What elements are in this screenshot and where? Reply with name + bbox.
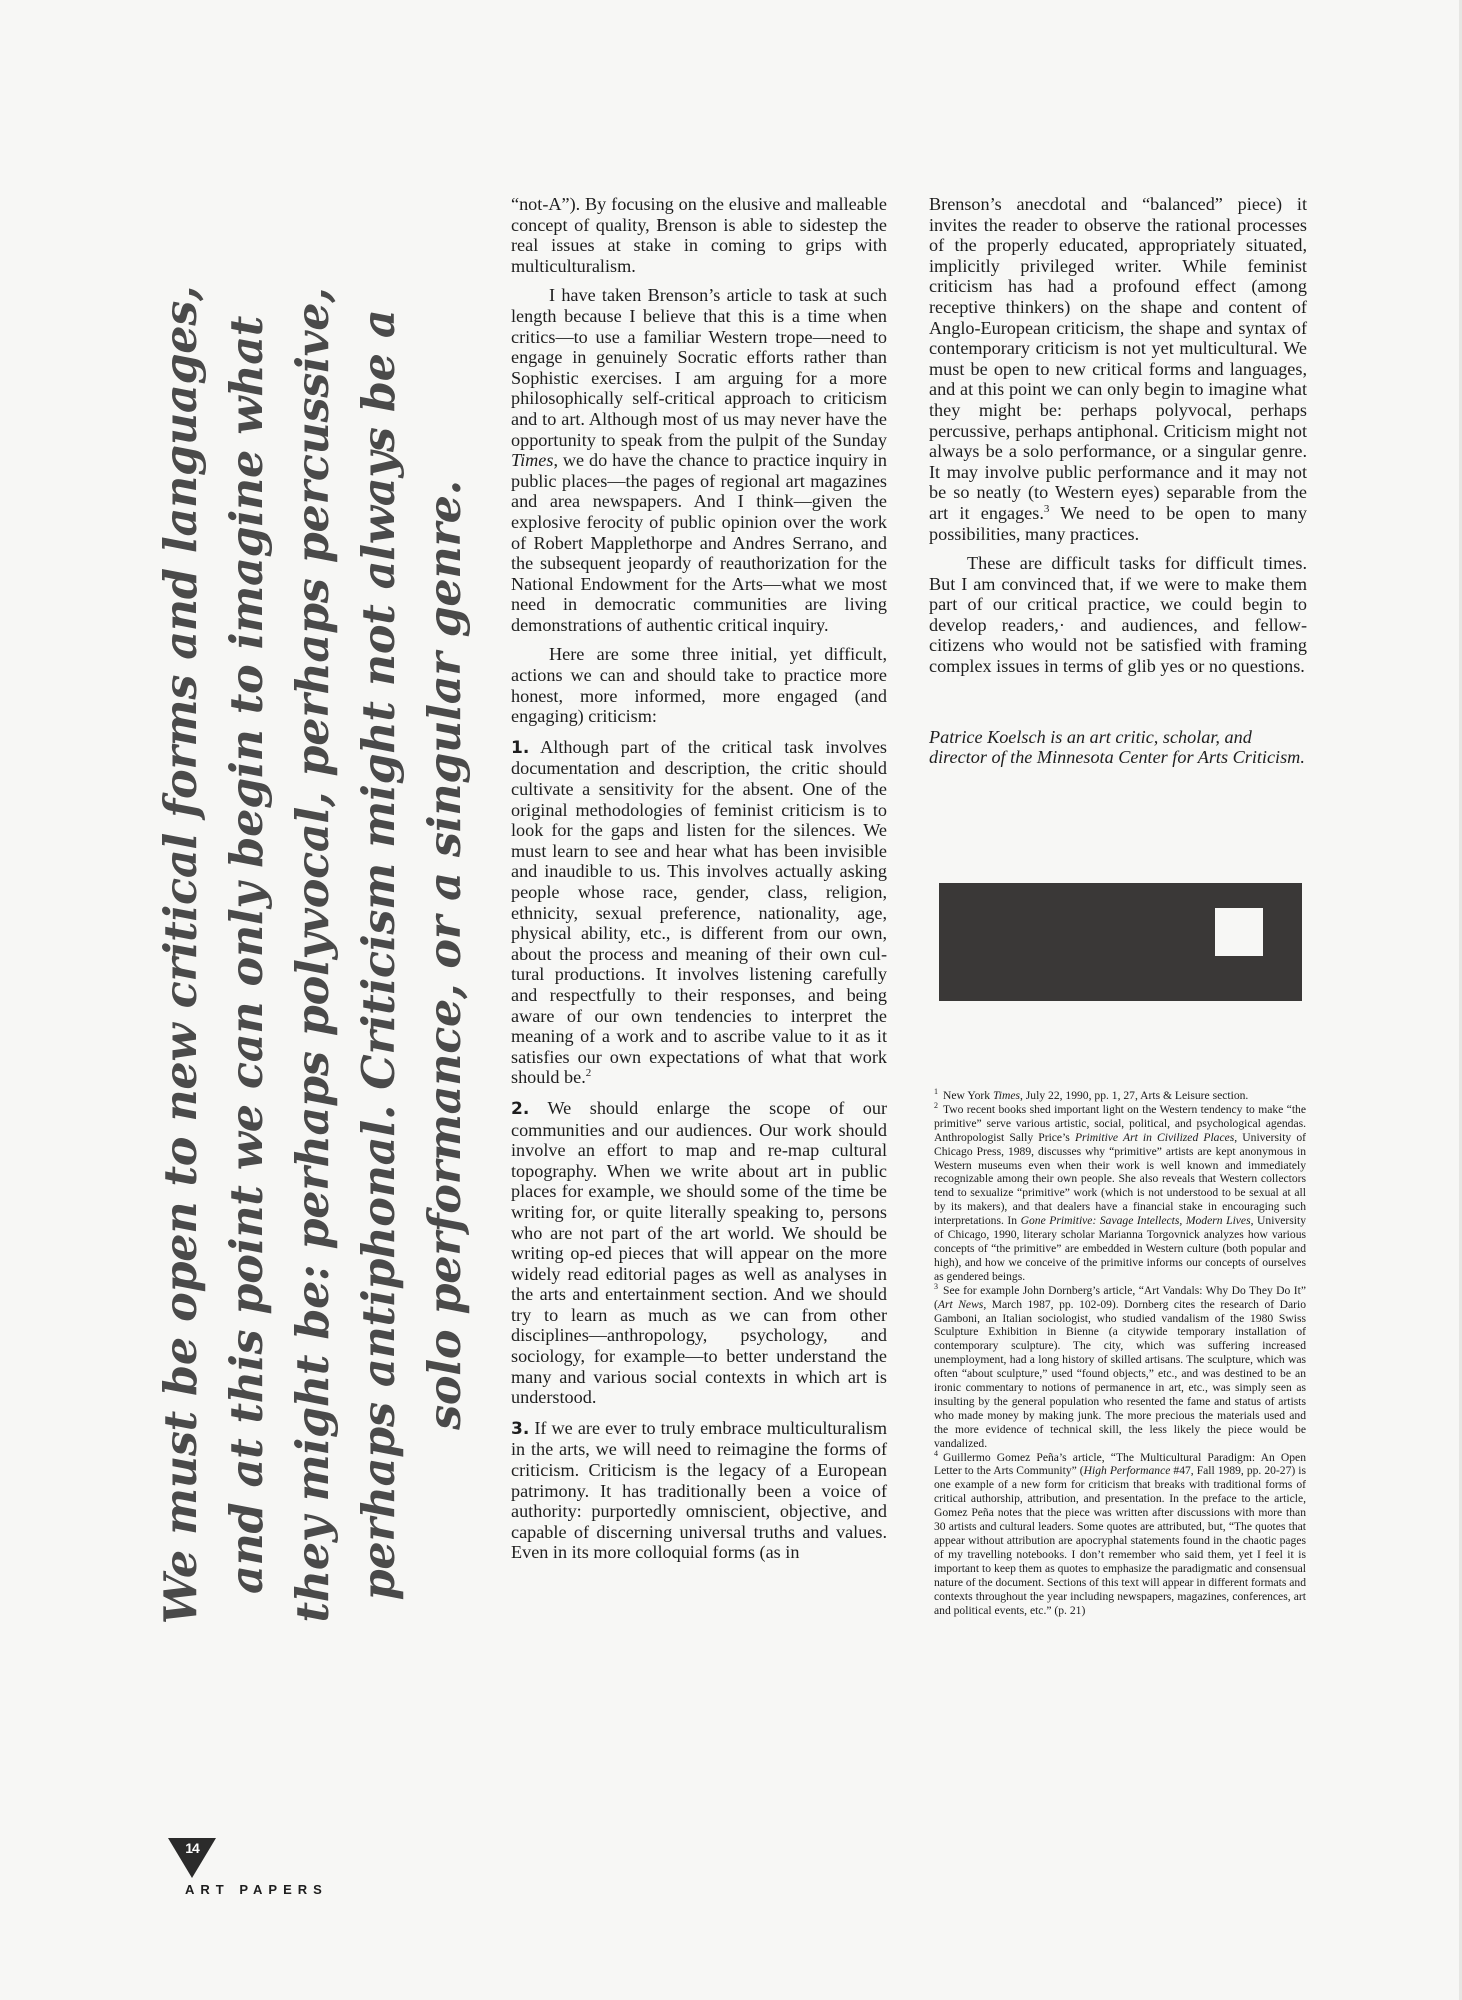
point-number: 2. bbox=[511, 1099, 529, 1119]
pull-quote-line: solo performance, or a singular genre. bbox=[412, 185, 478, 1725]
text-run: , March 1987, pp. 102-09). Dornberg cite… bbox=[934, 1298, 1306, 1450]
paragraph: “not-A”). By focusing on the elusive and… bbox=[511, 194, 887, 276]
text-run: New York bbox=[943, 1089, 993, 1102]
footnote-number: 4 bbox=[934, 1449, 938, 1458]
footnote-2: 2Two recent books shed important light o… bbox=[934, 1103, 1306, 1284]
article-column-middle: “not-A”). By focusing on the elusive and… bbox=[511, 194, 887, 1563]
text-run: We should enlarge the scope of our commu… bbox=[511, 1098, 887, 1407]
publication-name: ART PAPERS bbox=[185, 1882, 328, 1897]
footnote-number: 3 bbox=[934, 1282, 938, 1291]
publication-title: Times bbox=[993, 1089, 1020, 1102]
page-number: 14 bbox=[168, 1840, 216, 1856]
pull-quote-line: they might be: perhaps polyvocal, perhap… bbox=[280, 185, 346, 1725]
pull-quote-line: We must be open to new critical forms an… bbox=[148, 185, 214, 1725]
text-run: Brenson’s anecdotal and “balanced” piece… bbox=[929, 194, 1307, 523]
white-square-icon bbox=[1215, 908, 1263, 956]
numbered-point-2: 2. We should enlarge the scope of our co… bbox=[511, 1098, 887, 1408]
publication-title: Art News bbox=[938, 1298, 983, 1311]
text-run: Although part of the critical task invol… bbox=[511, 737, 887, 1088]
paragraph: These are difficult tasks for difficult … bbox=[929, 553, 1307, 677]
pull-quote-line: and at this point we can only begin to i… bbox=[214, 185, 280, 1725]
pull-quote: We must be open to new critical forms an… bbox=[148, 185, 488, 1725]
footnotes: 1New York Times, July 22, 1990, pp. 1, 2… bbox=[934, 1089, 1306, 1617]
footnote-3: 3See for example John Dornberg’s article… bbox=[934, 1284, 1306, 1451]
text-run: , University of Chicago Press, 1989, dis… bbox=[934, 1131, 1306, 1227]
pull-quote-container: We must be open to new critical forms an… bbox=[148, 185, 488, 1725]
text-run: , we do have the chance to practice inqu… bbox=[511, 450, 887, 635]
paragraph: Brenson’s anecdotal and “balanced” piece… bbox=[929, 194, 1307, 544]
text-run: #47, Fall 1989, pp. 20-27) is one exampl… bbox=[934, 1464, 1306, 1616]
footnote-number: 2 bbox=[934, 1101, 938, 1110]
text-run: If we are ever to truly embrace multicul… bbox=[511, 1418, 887, 1563]
footnote-1: 1New York Times, July 22, 1990, pp. 1, 2… bbox=[934, 1089, 1306, 1103]
decorative-black-box bbox=[939, 883, 1302, 1001]
page-footer: 14 ART PAPERS bbox=[168, 1838, 216, 1878]
book-title: Gone Primitive: Savage Intel­lects, Mode… bbox=[1021, 1214, 1251, 1227]
pull-quote-line: perhaps antiphonal. Criticism might not … bbox=[346, 185, 412, 1725]
text-run: , July 22, 1990, pp. 1, 27, Arts & Leisu… bbox=[1020, 1089, 1248, 1102]
publication-title: High Performance bbox=[1084, 1464, 1171, 1477]
text-run: I have taken Brenson’s article to task a… bbox=[511, 285, 887, 449]
author-bio: Patrice Koelsch is an art critic, schola… bbox=[929, 727, 1307, 768]
paragraph: I have taken Brenson’s article to task a… bbox=[511, 285, 887, 635]
numbered-point-1: 1. Although part of the critical task in… bbox=[511, 737, 887, 1088]
publication-title: Times bbox=[511, 450, 553, 470]
footnote-number: 1 bbox=[934, 1087, 938, 1096]
point-number: 3. bbox=[511, 1419, 529, 1439]
paragraph: Here are some three initial, yet difficu… bbox=[511, 644, 887, 726]
article-column-right: Brenson’s anecdotal and “balanced” piece… bbox=[929, 194, 1307, 768]
book-title: Primitive Art in Civilized Places bbox=[1075, 1131, 1234, 1144]
footnote-ref[interactable]: 2 bbox=[586, 1067, 592, 1079]
footnote-4: 4Guillermo Gomez Peña’s article, “The Mu… bbox=[934, 1451, 1306, 1618]
numbered-point-3: 3. If we are ever to truly embrace multi… bbox=[511, 1418, 887, 1563]
point-number: 1. bbox=[511, 738, 529, 758]
